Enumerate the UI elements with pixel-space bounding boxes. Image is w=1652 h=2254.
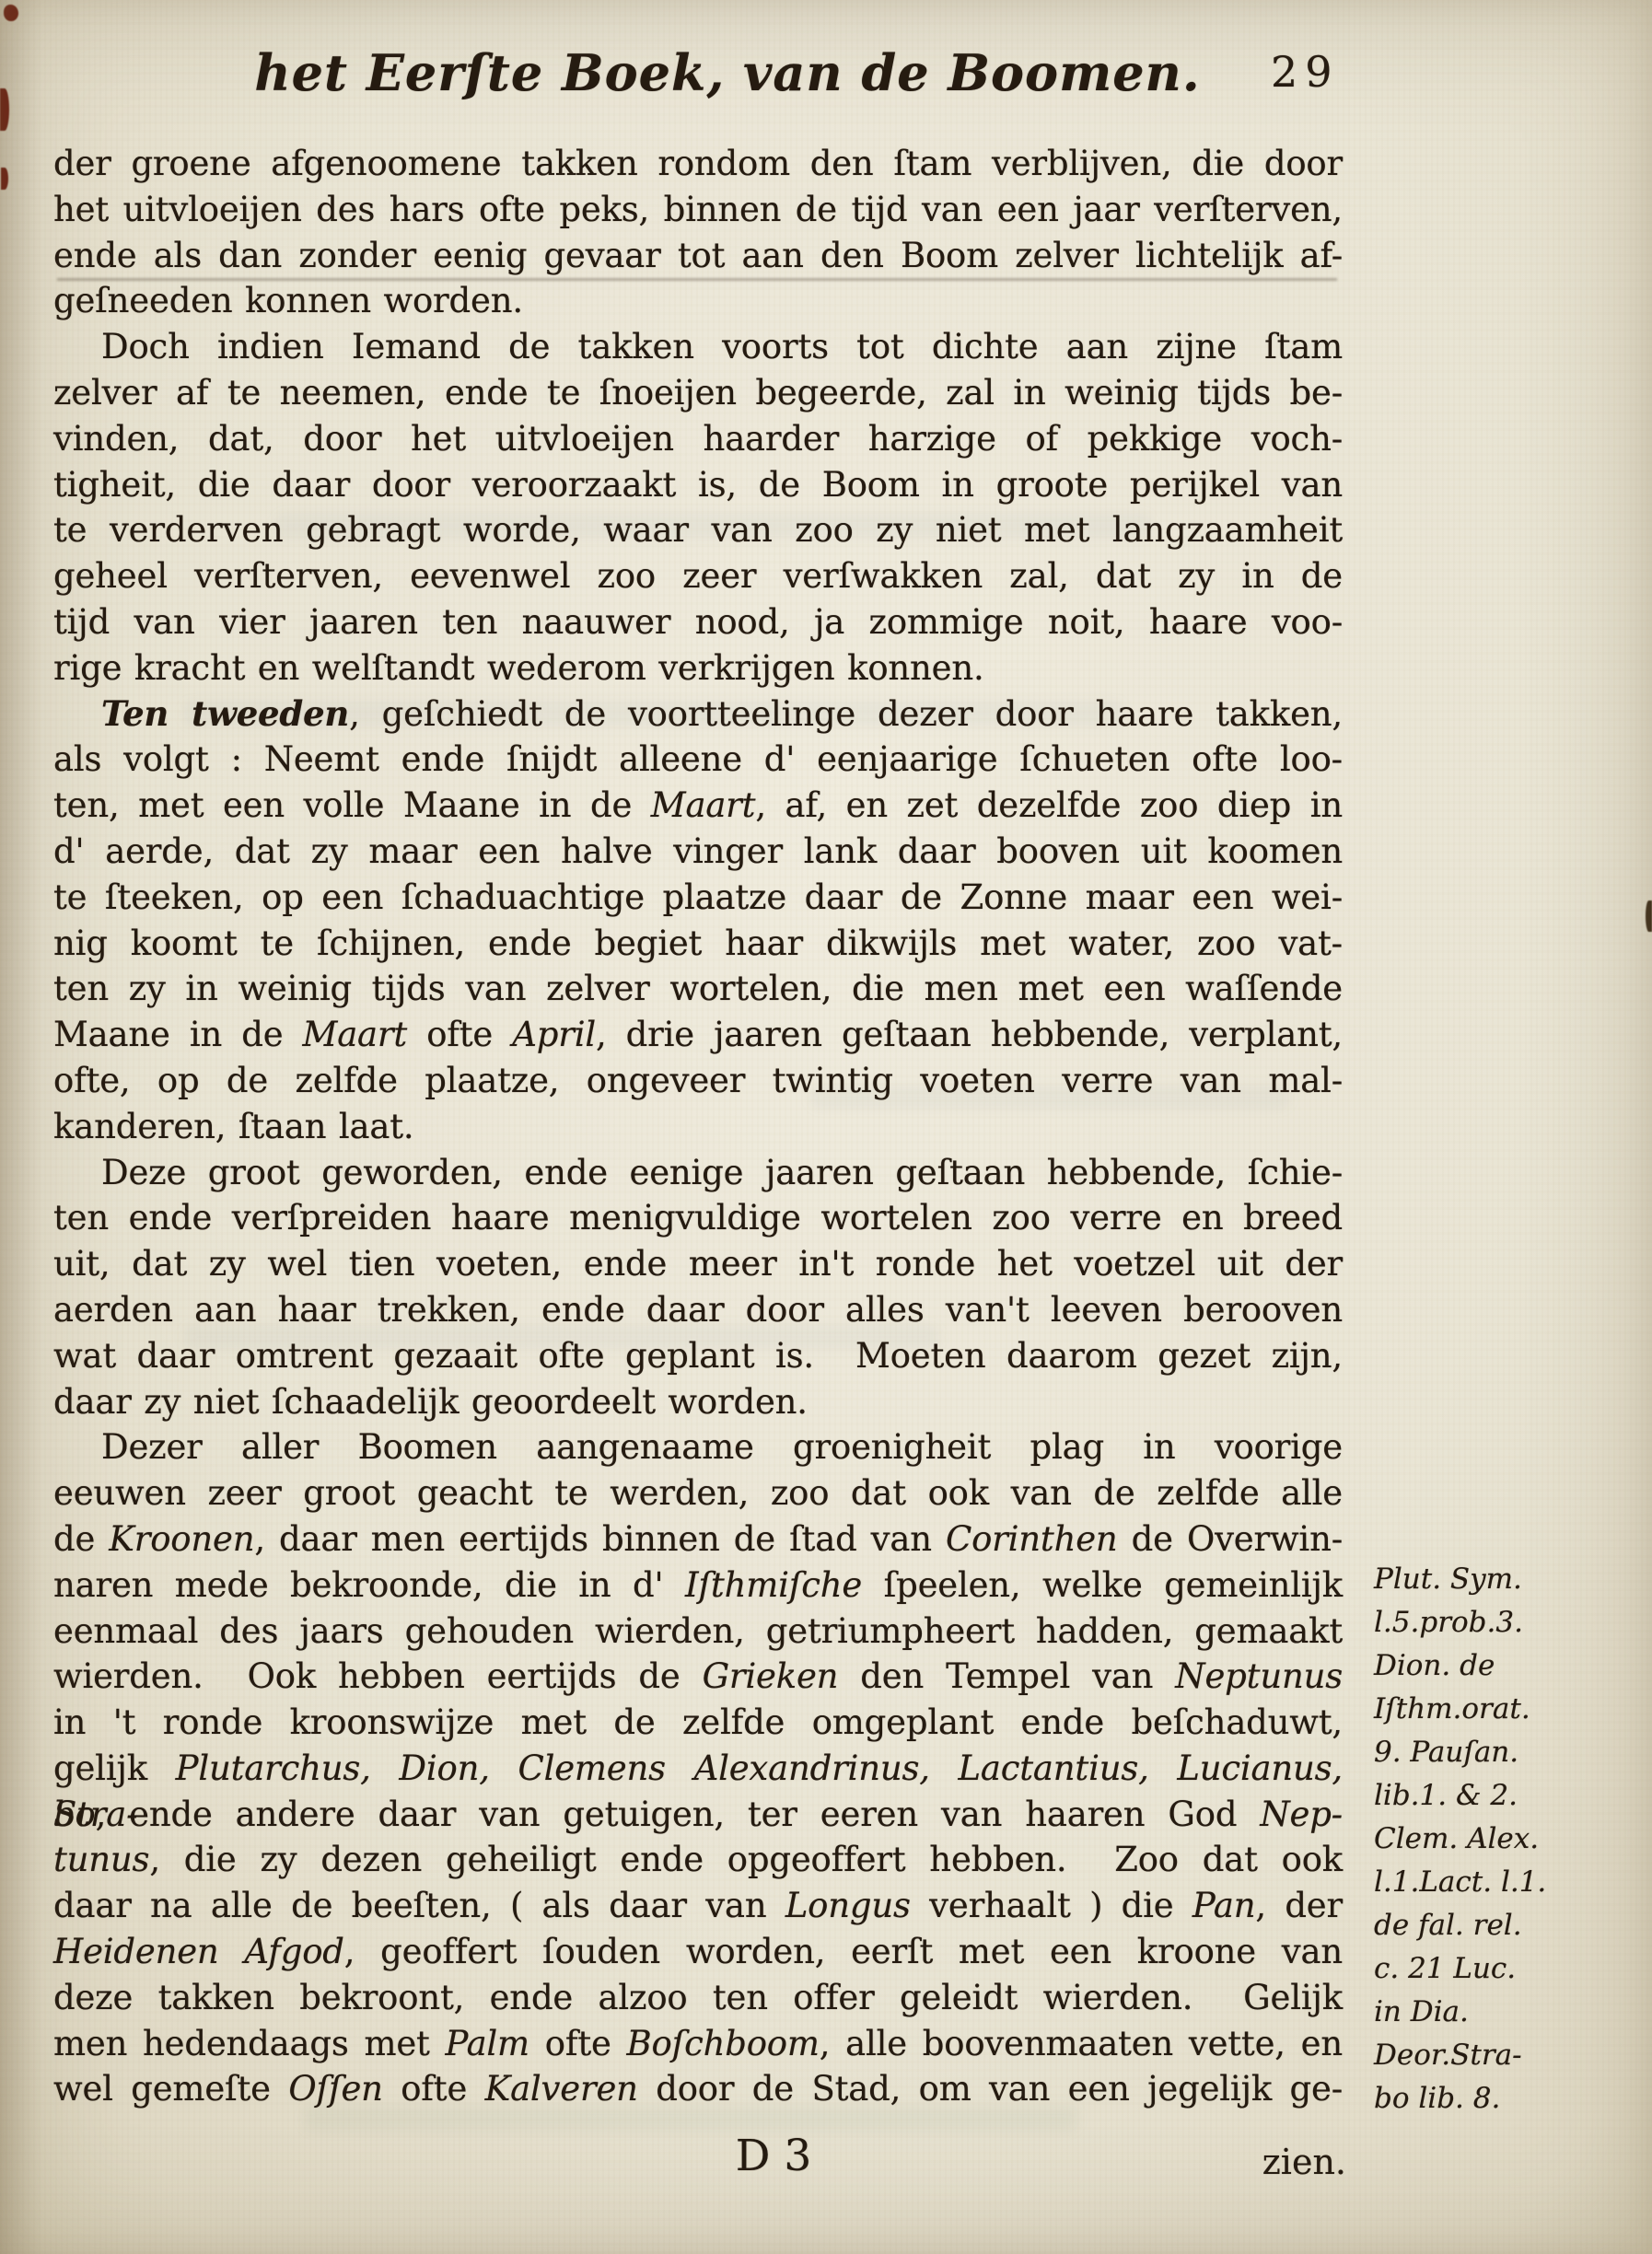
text-run: Doch indien Iemand de takken voorts tot …	[101, 327, 1343, 366]
text-run: , drie jaaren geſtaan hebbende, verplant…	[596, 1015, 1343, 1054]
body-line: deze takken bekroont, ende alzoo ten off…	[53, 1975, 1343, 2021]
margin-note: de fal. rel.	[1374, 1904, 1643, 1947]
body-line: wierden. Ook hebben eertijds de Grieken …	[53, 1654, 1343, 1700]
text-run: Ten tweeden	[101, 693, 349, 734]
text-run: Corinthen	[946, 1519, 1118, 1559]
running-title: het Eerſte Boek, van de Boomen.	[83, 33, 1372, 112]
text-run: te ſteeken, op een ſchaduachtige plaatze…	[53, 877, 1343, 917]
body-line: daar zy niet ſchaadelijk geoordeelt word…	[53, 1379, 1343, 1425]
text-run: Palm	[446, 2024, 529, 2063]
body-line: ten, met een volle Maane in de Maart, af…	[53, 783, 1343, 829]
body-line: nig koomt te ſchijnen, ende begiet haar …	[53, 921, 1343, 967]
text-run: als volgt : Neemt ende ſnijdt alleene d'…	[53, 739, 1343, 779]
body-line: tijd van vier jaaren ten naauwer nood, j…	[53, 599, 1343, 645]
text-run: wierden. Ook hebben eertijds de	[53, 1656, 703, 1696]
text-run: wel gemeſte	[53, 2069, 288, 2109]
margin-note: c. 21 Luc.	[1374, 1947, 1643, 1991]
text-run: Nep-	[1260, 1795, 1343, 1834]
text-run: April	[512, 1015, 596, 1054]
body-line: uit, dat zy wel tien voeten, ende meer i…	[53, 1241, 1343, 1287]
body-line: Doch indien Iemand de takken voorts tot …	[53, 324, 1343, 370]
body-line: te ſteeken, op een ſchaduachtige plaatze…	[53, 875, 1343, 921]
body-line: eenmaal des jaars gehouden wierden, getr…	[53, 1609, 1343, 1655]
margin-note: 9. Pauſan.	[1374, 1731, 1643, 1774]
body-line: te verderven gebragt worde, waar van zoo…	[53, 507, 1343, 553]
body-line: gelijk Plutarchus, Dion, Clemens Alexand…	[53, 1746, 1343, 1792]
margin-note: in Dia.	[1374, 1991, 1643, 2034]
text-run: eeuwen zeer groot geacht te werden, zoo …	[53, 1473, 1343, 1513]
text-run: ten zy in weinig tijds van zelver wortel…	[53, 969, 1343, 1008]
body-line: geheel verſterven, eevenwel zoo zeer ver…	[53, 553, 1343, 599]
text-run: , daar men eertijds binnen de ſtad van	[254, 1519, 946, 1559]
book-page: het Eerſte Boek, van de Boomen. 29 der g…	[0, 0, 1652, 2254]
text-run: het uitvloeijen des hars ofte peks, binn…	[53, 190, 1343, 229]
body-line: ofte, op de zelfde plaatze, ongeveer twi…	[53, 1058, 1343, 1104]
text-run: ofte, op de zelfde plaatze, ongeveer twi…	[53, 1061, 1343, 1100]
text-run: tigheit, die daar door veroorzaakt is, d…	[53, 465, 1343, 505]
body-line: Heidenen Afgod, geoffert ſouden worden, …	[53, 1929, 1343, 1975]
text-run: Kroonen	[109, 1519, 254, 1559]
body-line: de Kroonen, daar men eertijds binnen de …	[53, 1516, 1343, 1563]
text-run: , geſchiedt de voortteelinge dezer door …	[349, 694, 1343, 734]
margin-note: bo lib. 8.	[1374, 2077, 1643, 2120]
margin-note: Deor.Stra-	[1374, 2034, 1643, 2077]
margin-note: Iſthm.orat.	[1374, 1688, 1643, 1731]
body-line: ten ende verſpreiden haare menigvuldige …	[53, 1195, 1343, 1241]
text-run: uit, dat zy wel tien voeten, ende meer i…	[53, 1244, 1343, 1284]
text-run: te verderven gebragt worde, waar van zoo…	[53, 510, 1343, 550]
ink-speck	[0, 88, 9, 131]
margin-note: Clem. Alex.	[1374, 1818, 1643, 1861]
body-line: het uitvloeijen des hars ofte peks, binn…	[53, 187, 1343, 233]
text-run: deze takken bekroont, ende alzoo ten off…	[53, 1978, 1343, 2017]
body-line: kanderen, ſtaan laat.	[53, 1104, 1343, 1150]
text-run: eenmaal des jaars gehouden wierden, getr…	[53, 1611, 1343, 1651]
body-line: wel gemeſte Oſſen ofte Kalveren door de …	[53, 2066, 1343, 2112]
text-run: , af, en zet dezelfde zoo diep in	[755, 785, 1343, 825]
text-run: daar na alle de beeſten, ( als daar van	[53, 1886, 785, 1925]
body-line: ende als dan zonder eenig gevaar tot aan…	[53, 233, 1343, 279]
text-run: de Overwin-	[1118, 1519, 1343, 1559]
text-run: ofte	[407, 1015, 512, 1054]
body-line: men hedendaags met Palm ofte Boſchboom, …	[53, 2021, 1343, 2067]
text-run: de	[53, 1519, 109, 1559]
body-text: der groene afgenoomene takken rondom den…	[53, 141, 1343, 2112]
text-run: tijd van vier jaaren ten naauwer nood, j…	[53, 602, 1343, 642]
text-run: vinden, dat, door het uitvloeijen haarde…	[53, 419, 1343, 459]
ink-speck	[1, 168, 8, 190]
text-run: men hedendaags met	[53, 2024, 446, 2063]
text-run: daar zy niet ſchaadelijk geoordeelt word…	[53, 1382, 808, 1422]
text-run: Iſthmiſche	[685, 1565, 862, 1605]
body-line: bo, ende andere daar van getuigen, ter e…	[53, 1792, 1343, 1838]
text-run: , der	[1255, 1886, 1343, 1925]
text-run: rige kracht en welſtandt wederom verkrij…	[53, 648, 984, 688]
margin-note: Dion. de	[1374, 1644, 1643, 1688]
text-run: gelijk	[53, 1749, 176, 1788]
text-run: den Tempel van	[838, 1656, 1175, 1696]
text-run: Oſſen	[288, 2069, 382, 2109]
text-run: naren mede bekroonde, die in d'	[53, 1565, 685, 1605]
text-run: , geoffert ſouden worden, eerſt met een …	[344, 1932, 1343, 1971]
text-run: verhaalt ) die	[911, 1886, 1192, 1925]
text-run: ſpeelen, welke gemeinlijk	[862, 1565, 1343, 1605]
text-run: ofte	[529, 2024, 627, 2063]
body-line: eeuwen zeer groot geacht te werden, zoo …	[53, 1470, 1343, 1516]
text-run: ten, met een volle Maane in de	[53, 785, 651, 825]
text-run: , ende andere daar van getuigen, ter eer…	[96, 1795, 1261, 1834]
body-line: Dezer aller Boomen aangenaame groenighei…	[53, 1424, 1343, 1470]
text-run: in 't ronde kroonswijze met de zelfde om…	[53, 1702, 1343, 1742]
body-line: der groene afgenoomene takken rondom den…	[53, 141, 1343, 187]
body-line: ten zy in weinig tijds van zelver wortel…	[53, 966, 1343, 1012]
body-line: als volgt : Neemt ende ſnijdt alleene d'…	[53, 737, 1343, 783]
text-run: geheel verſterven, eevenwel zoo zeer ver…	[53, 556, 1343, 596]
text-run: geſneeden konnen worden.	[53, 281, 523, 320]
text-run: Boſchboom	[627, 2024, 820, 2063]
text-run: Longus	[785, 1886, 911, 1925]
body-line: rige kracht en welſtandt wederom verkrij…	[53, 645, 1343, 691]
margin-note: l.1.Lact. l.1.	[1374, 1861, 1643, 1904]
body-line: vinden, dat, door het uitvloeijen haarde…	[53, 416, 1343, 462]
text-run: Kalveren	[485, 2069, 638, 2109]
text-run: Maart	[651, 785, 756, 825]
text-run: Deze groot geworden, ende eenige jaaren …	[101, 1153, 1343, 1192]
text-run: Maane in de	[53, 1015, 303, 1054]
text-run: ten ende verſpreiden haare menigvuldige …	[53, 1198, 1343, 1237]
body-line: naren mede bekroonde, die in d' Iſthmiſc…	[53, 1563, 1343, 1609]
body-line: aerden aan haar trekken, ende daar door …	[53, 1287, 1343, 1333]
body-line: Ten tweeden, geſchiedt de voortteelinge …	[53, 691, 1343, 738]
body-line: tunus, die zy dezen geheiligt ende opgeo…	[53, 1837, 1343, 1883]
text-run: ende als dan zonder eenig gevaar tot aan…	[53, 236, 1343, 275]
text-run: , alle boovenmaaten vette, en	[820, 2024, 1343, 2063]
body-line: geſneeden konnen worden.	[53, 278, 1343, 324]
text-run: der groene afgenoomene takken rondom den…	[53, 144, 1343, 183]
ink-speck	[4, 5, 18, 21]
margin-note: lib.1. & 2.	[1374, 1774, 1643, 1818]
margin-notes: Plut. Sym.l.5.prob.3.Dion. deIſthm.orat.…	[1374, 1558, 1643, 2120]
text-run: bo	[53, 1795, 96, 1834]
page-number: 29	[1271, 39, 1381, 105]
text-run: ofte	[383, 2069, 485, 2109]
body-line: d' aerde, dat zy maar een halve vinger l…	[53, 829, 1343, 875]
ink-speck	[1646, 900, 1652, 932]
text-run: Heidenen Afgod	[53, 1932, 344, 1971]
body-line: tigheit, die daar door veroorzaakt is, d…	[53, 462, 1343, 508]
catchword: zien.	[1151, 2138, 1346, 2186]
text-run: nig koomt te ſchijnen, ende begiet haar …	[53, 924, 1343, 963]
text-run: wat daar omtrent gezaait ofte geplant is…	[53, 1336, 1343, 1376]
text-run: zelver af te neemen, ende te ſnoeijen be…	[53, 373, 1343, 412]
text-run: Grieken	[703, 1656, 839, 1696]
body-line: Maane in de Maart ofte April, drie jaare…	[53, 1012, 1343, 1058]
text-run: Dezer aller Boomen aangenaame groenighei…	[101, 1427, 1343, 1467]
margin-note: Plut. Sym.	[1374, 1558, 1643, 1601]
body-line: Deze groot geworden, ende eenige jaaren …	[53, 1150, 1343, 1196]
text-run: door de Stad, om van een jegelijk ge-	[638, 2069, 1343, 2109]
text-run: aerden aan haar trekken, ende daar door …	[53, 1290, 1343, 1330]
body-line: in 't ronde kroonswijze met de zelfde om…	[53, 1700, 1343, 1746]
text-run: Maart	[303, 1015, 408, 1054]
gutter-shadow	[0, 0, 42, 2254]
margin-note: l.5.prob.3.	[1374, 1601, 1643, 1644]
text-run: Neptunus	[1175, 1656, 1343, 1696]
body-line: wat daar omtrent gezaait ofte geplant is…	[53, 1333, 1343, 1379]
signature-mark: D 3	[718, 2129, 829, 2184]
text-run: tunus	[53, 1840, 149, 1879]
text-run: , die zy dezen geheiligt ende opgeoffert…	[149, 1840, 1343, 1879]
text-run: Pan	[1192, 1886, 1256, 1925]
body-line: daar na alle de beeſten, ( als daar van …	[53, 1883, 1343, 1929]
text-run: d' aerde, dat zy maar een halve vinger l…	[53, 831, 1343, 871]
text-run: kanderen, ſtaan laat.	[53, 1107, 413, 1146]
body-line: zelver af te neemen, ende te ſnoeijen be…	[53, 370, 1343, 416]
